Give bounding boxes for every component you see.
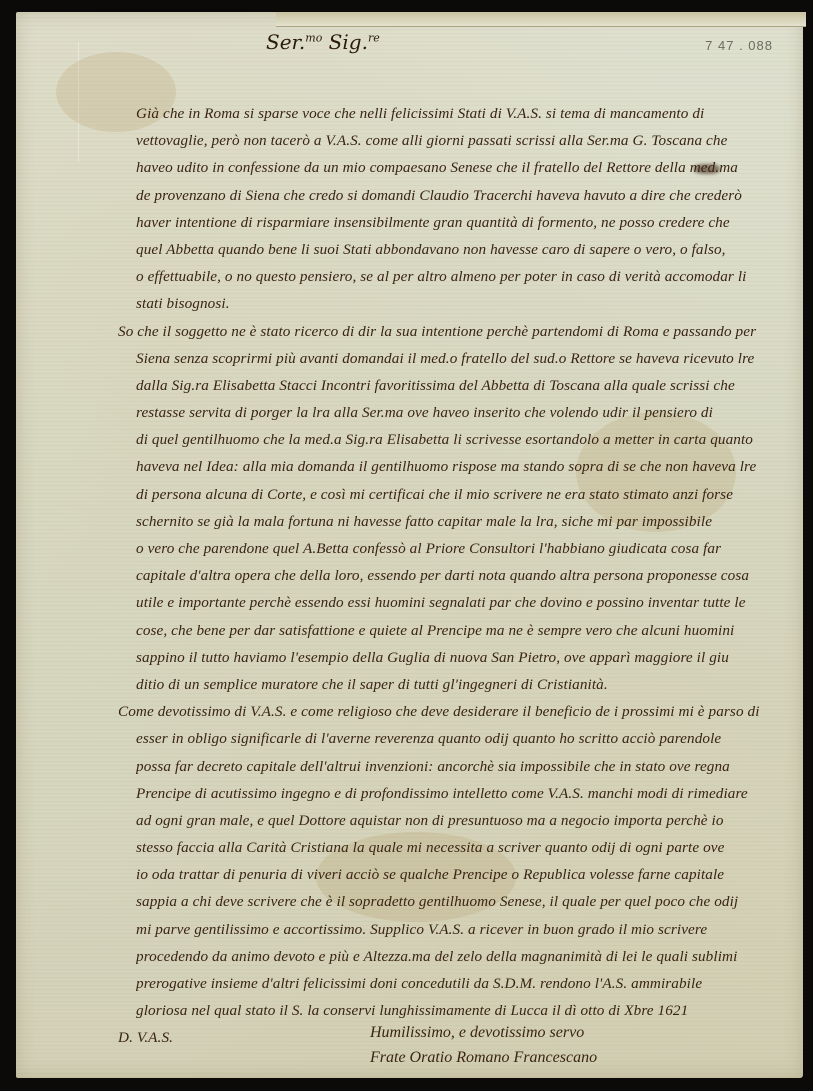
text-line: haveva nel Idea: alla mia domanda il gen… (136, 453, 806, 480)
salutation-text: Sig. (322, 30, 368, 54)
text-line: sappia a chi deve scrivere che è il sopr… (136, 888, 806, 915)
text-line: So che il soggetto ne è stato ricerco di… (118, 318, 806, 345)
text-line: quel Abbetta quando bene li suoi Stati a… (136, 236, 806, 263)
text-line: Prencipe di acutissimo ingegno e di prof… (136, 780, 806, 807)
text-line: Già che in Roma si sparse voce che nelli… (136, 100, 806, 127)
salutation-text: Ser. (266, 30, 305, 54)
signature-block: Humilissimo, e devotissimo servo Frate O… (370, 1020, 597, 1070)
text-line: di persona alcuna di Corte, e così mi ce… (136, 481, 806, 508)
text-line: o vero che parendone quel A.Betta confes… (136, 535, 806, 562)
text-line: procedendo da animo devoto e più e Altez… (136, 943, 806, 970)
text-line: stati bisognosi. (136, 290, 806, 317)
text-line: mi parve gentilissimo e accortissimo. Su… (136, 916, 806, 943)
text-line: io oda trattar di penuria di viveri acci… (136, 861, 806, 888)
text-line: capitale d'altra opera che della loro, e… (136, 562, 806, 589)
text-line: Come devotissimo di V.A.S. e come religi… (118, 698, 806, 725)
signature: Frate Oratio Romano Francescano (370, 1045, 597, 1070)
text-line: ad ogni gran male, e quel Dottore aquist… (136, 807, 806, 834)
text-line: di quel gentilhuomo che la med.a Sig.ra … (136, 426, 806, 453)
text-line: haver intentione di risparmiare insensib… (136, 209, 806, 236)
paragraph-1: Già che in Roma si sparse voce che nelli… (136, 100, 806, 318)
text-line: possa far decreto capitale dell'altrui i… (136, 753, 806, 780)
text-line: sappino il tutto haviamo l'esempio della… (136, 644, 806, 671)
salutation-sup: mo (305, 31, 322, 44)
text-line: haveo udito in confessione da un mio com… (136, 154, 806, 181)
text-line: prerogative insieme d'altri felicissimi … (136, 970, 806, 997)
text-line: schernito se già la mala fortuna ni have… (136, 508, 806, 535)
text-line: restasse servita di porger la lra alla S… (136, 399, 806, 426)
salutation: Ser.mo Sig.re (266, 30, 380, 54)
text-line: utile e importante perchè essendo essi h… (136, 589, 806, 616)
text-line: stesso faccia alla Carità Cristiana la q… (136, 834, 806, 861)
text-line: Siena senza scoprirmi più avanti domanda… (136, 345, 806, 372)
text-line: vettovaglie, però non tacerò a V.A.S. co… (136, 127, 806, 154)
manuscript-page: 7 47 . 088 Ser.mo Sig.re Già che in Roma… (16, 12, 803, 1078)
text-line: de provenzano di Siena che credo si doma… (136, 182, 806, 209)
text-line: esser in obligo significarle di l'averne… (136, 725, 806, 752)
letter-body: Già che in Roma si sparse voce che nelli… (136, 100, 806, 1052)
text-line: ditio di un semplice muratore che il sap… (136, 671, 806, 698)
closing-line: Humilissimo, e devotissimo servo (370, 1020, 597, 1045)
paragraph-2: So che il soggetto ne è stato ricerco di… (136, 318, 806, 699)
text-line: dalla Sig.ra Elisabetta Stacci Incontri … (136, 372, 806, 399)
text-line: cose, che bene per dar satisfattione e q… (136, 617, 806, 644)
text-line: o effettuabile, o no questo pensiero, se… (136, 263, 806, 290)
paragraph-3: Come devotissimo di V.A.S. e come religi… (136, 698, 806, 1051)
salutation-sup: re (368, 31, 380, 44)
folded-edge (276, 12, 806, 27)
archive-number: 7 47 . 088 (705, 38, 773, 53)
